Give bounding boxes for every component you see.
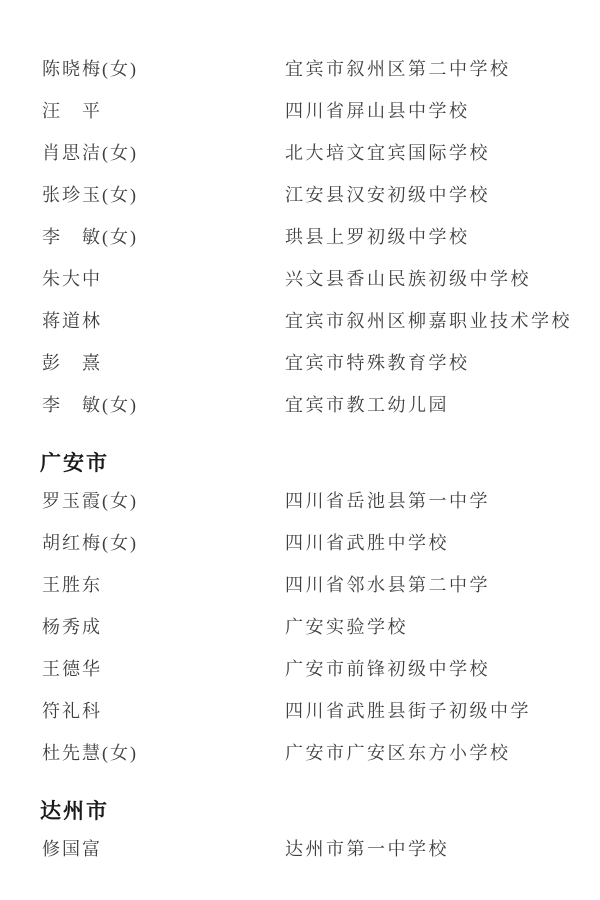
person-name: 汪 平	[42, 97, 102, 123]
section-header: 广安市	[0, 445, 600, 479]
school-name: 兴文县香山民族初级中学校	[285, 265, 531, 291]
roster-row: 符礼科四川省武胜县街子初级中学	[0, 689, 600, 731]
roster-row: 罗玉霞(女)四川省岳池县第一中学	[0, 479, 600, 521]
roster-row: 陈晓梅(女)宜宾市叙州区第二中学校	[0, 47, 600, 89]
roster-row: 蒋道林宜宾市叙州区柳嘉职业技术学校	[0, 299, 600, 341]
person-name: 王胜东	[42, 571, 102, 597]
person-name: 张珍玉(女)	[42, 181, 138, 207]
roster-row: 杨秀成广安实验学校	[0, 605, 600, 647]
roster-row: 胡红梅(女)四川省武胜中学校	[0, 521, 600, 563]
school-name: 广安实验学校	[285, 613, 408, 639]
person-name: 修国富	[42, 835, 102, 861]
roster-row: 肖思洁(女)北大培文宜宾国际学校	[0, 131, 600, 173]
person-name: 蒋道林	[42, 307, 102, 333]
school-name: 宜宾市叙州区柳嘉职业技术学校	[285, 307, 572, 333]
roster-row: 李 敏(女)宜宾市教工幼儿园	[0, 383, 600, 425]
person-name: 朱大中	[42, 265, 102, 291]
roster-row: 朱大中兴文县香山民族初级中学校	[0, 257, 600, 299]
person-name: 杜先慧(女)	[42, 739, 138, 765]
roster-row: 彭 熹宜宾市特殊教育学校	[0, 341, 600, 383]
roster-row: 杜先慧(女)广安市广安区东方小学校	[0, 731, 600, 773]
roster-row: 张珍玉(女)江安县汉安初级中学校	[0, 173, 600, 215]
person-name: 彭 熹	[42, 349, 102, 375]
roster-row: 修国富达州市第一中学校	[0, 827, 600, 869]
school-name: 珙县上罗初级中学校	[285, 223, 470, 249]
roster-row: 李 敏(女)珙县上罗初级中学校	[0, 215, 600, 257]
school-name: 江安县汉安初级中学校	[285, 181, 490, 207]
school-name: 达州市第一中学校	[285, 835, 449, 861]
school-name: 四川省岳池县第一中学	[285, 487, 490, 513]
school-name: 宜宾市特殊教育学校	[285, 349, 470, 375]
school-name: 四川省武胜县街子初级中学	[285, 697, 531, 723]
roster-row: 王德华广安市前锋初级中学校	[0, 647, 600, 689]
roster-row: 汪 平四川省屏山县中学校	[0, 89, 600, 131]
school-name: 宜宾市教工幼儿园	[285, 391, 449, 417]
person-name: 罗玉霞(女)	[42, 487, 138, 513]
roster-row: 王胜东四川省邻水县第二中学	[0, 563, 600, 605]
person-name: 王德华	[42, 655, 102, 681]
school-name: 广安市前锋初级中学校	[285, 655, 490, 681]
school-name: 北大培文宜宾国际学校	[285, 139, 490, 165]
school-name: 宜宾市叙州区第二中学校	[285, 55, 511, 81]
school-name: 四川省武胜中学校	[285, 529, 449, 555]
school-name: 四川省邻水县第二中学	[285, 571, 490, 597]
person-name: 胡红梅(女)	[42, 529, 138, 555]
person-name: 杨秀成	[42, 613, 102, 639]
document-page: 陈晓梅(女)宜宾市叙州区第二中学校汪 平四川省屏山县中学校肖思洁(女)北大培文宜…	[0, 0, 600, 900]
person-name: 符礼科	[42, 697, 102, 723]
roster-list: 陈晓梅(女)宜宾市叙州区第二中学校汪 平四川省屏山县中学校肖思洁(女)北大培文宜…	[0, 0, 600, 869]
school-name: 广安市广安区东方小学校	[285, 739, 511, 765]
section-header: 达州市	[0, 793, 600, 827]
person-name: 肖思洁(女)	[42, 139, 138, 165]
person-name: 陈晓梅(女)	[42, 55, 138, 81]
person-name: 李 敏(女)	[42, 223, 138, 249]
person-name: 李 敏(女)	[42, 391, 138, 417]
school-name: 四川省屏山县中学校	[285, 97, 470, 123]
